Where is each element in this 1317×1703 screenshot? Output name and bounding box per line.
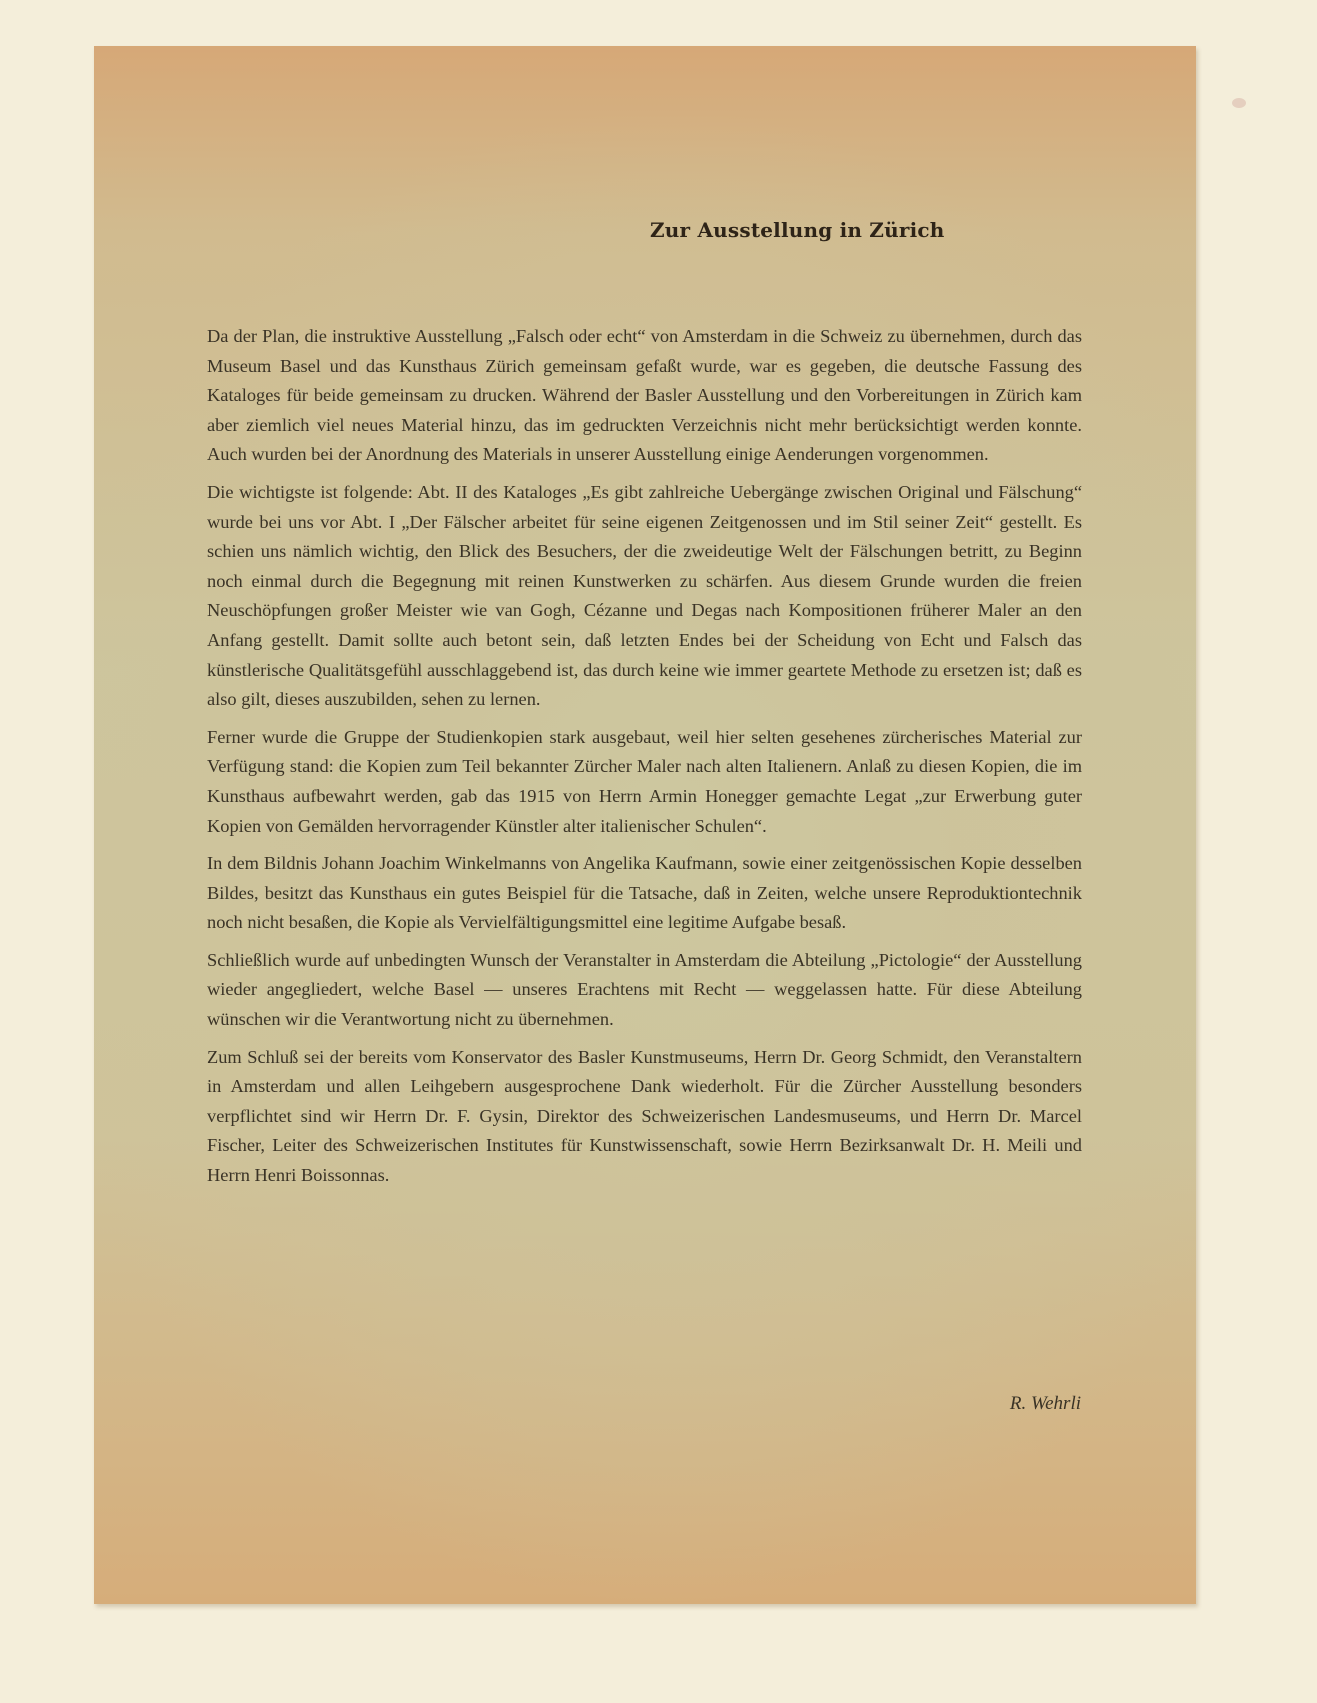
page-title: Zur Ausstellung in Zürich <box>650 218 945 242</box>
author-signature: R. Wehrli <box>1010 1393 1081 1415</box>
paragraph-4: In dem Bildnis Johann Joachim Winkelmann… <box>207 849 1082 938</box>
paper-stain-mark <box>1232 98 1246 108</box>
document-body: Da der Plan, die instruktive Ausstellung… <box>207 322 1082 1199</box>
paragraph-1: Da der Plan, die instruktive Ausstellung… <box>207 322 1082 470</box>
paragraph-5: Schließlich wurde auf unbedingten Wunsch… <box>207 946 1082 1035</box>
paragraph-6: Zum Schluß sei der bereits vom Konservat… <box>207 1043 1082 1191</box>
paragraph-2: Die wichtigste ist folgende: Abt. II des… <box>207 478 1082 715</box>
paragraph-3: Ferner wurde die Gruppe der Studienkopie… <box>207 723 1082 841</box>
